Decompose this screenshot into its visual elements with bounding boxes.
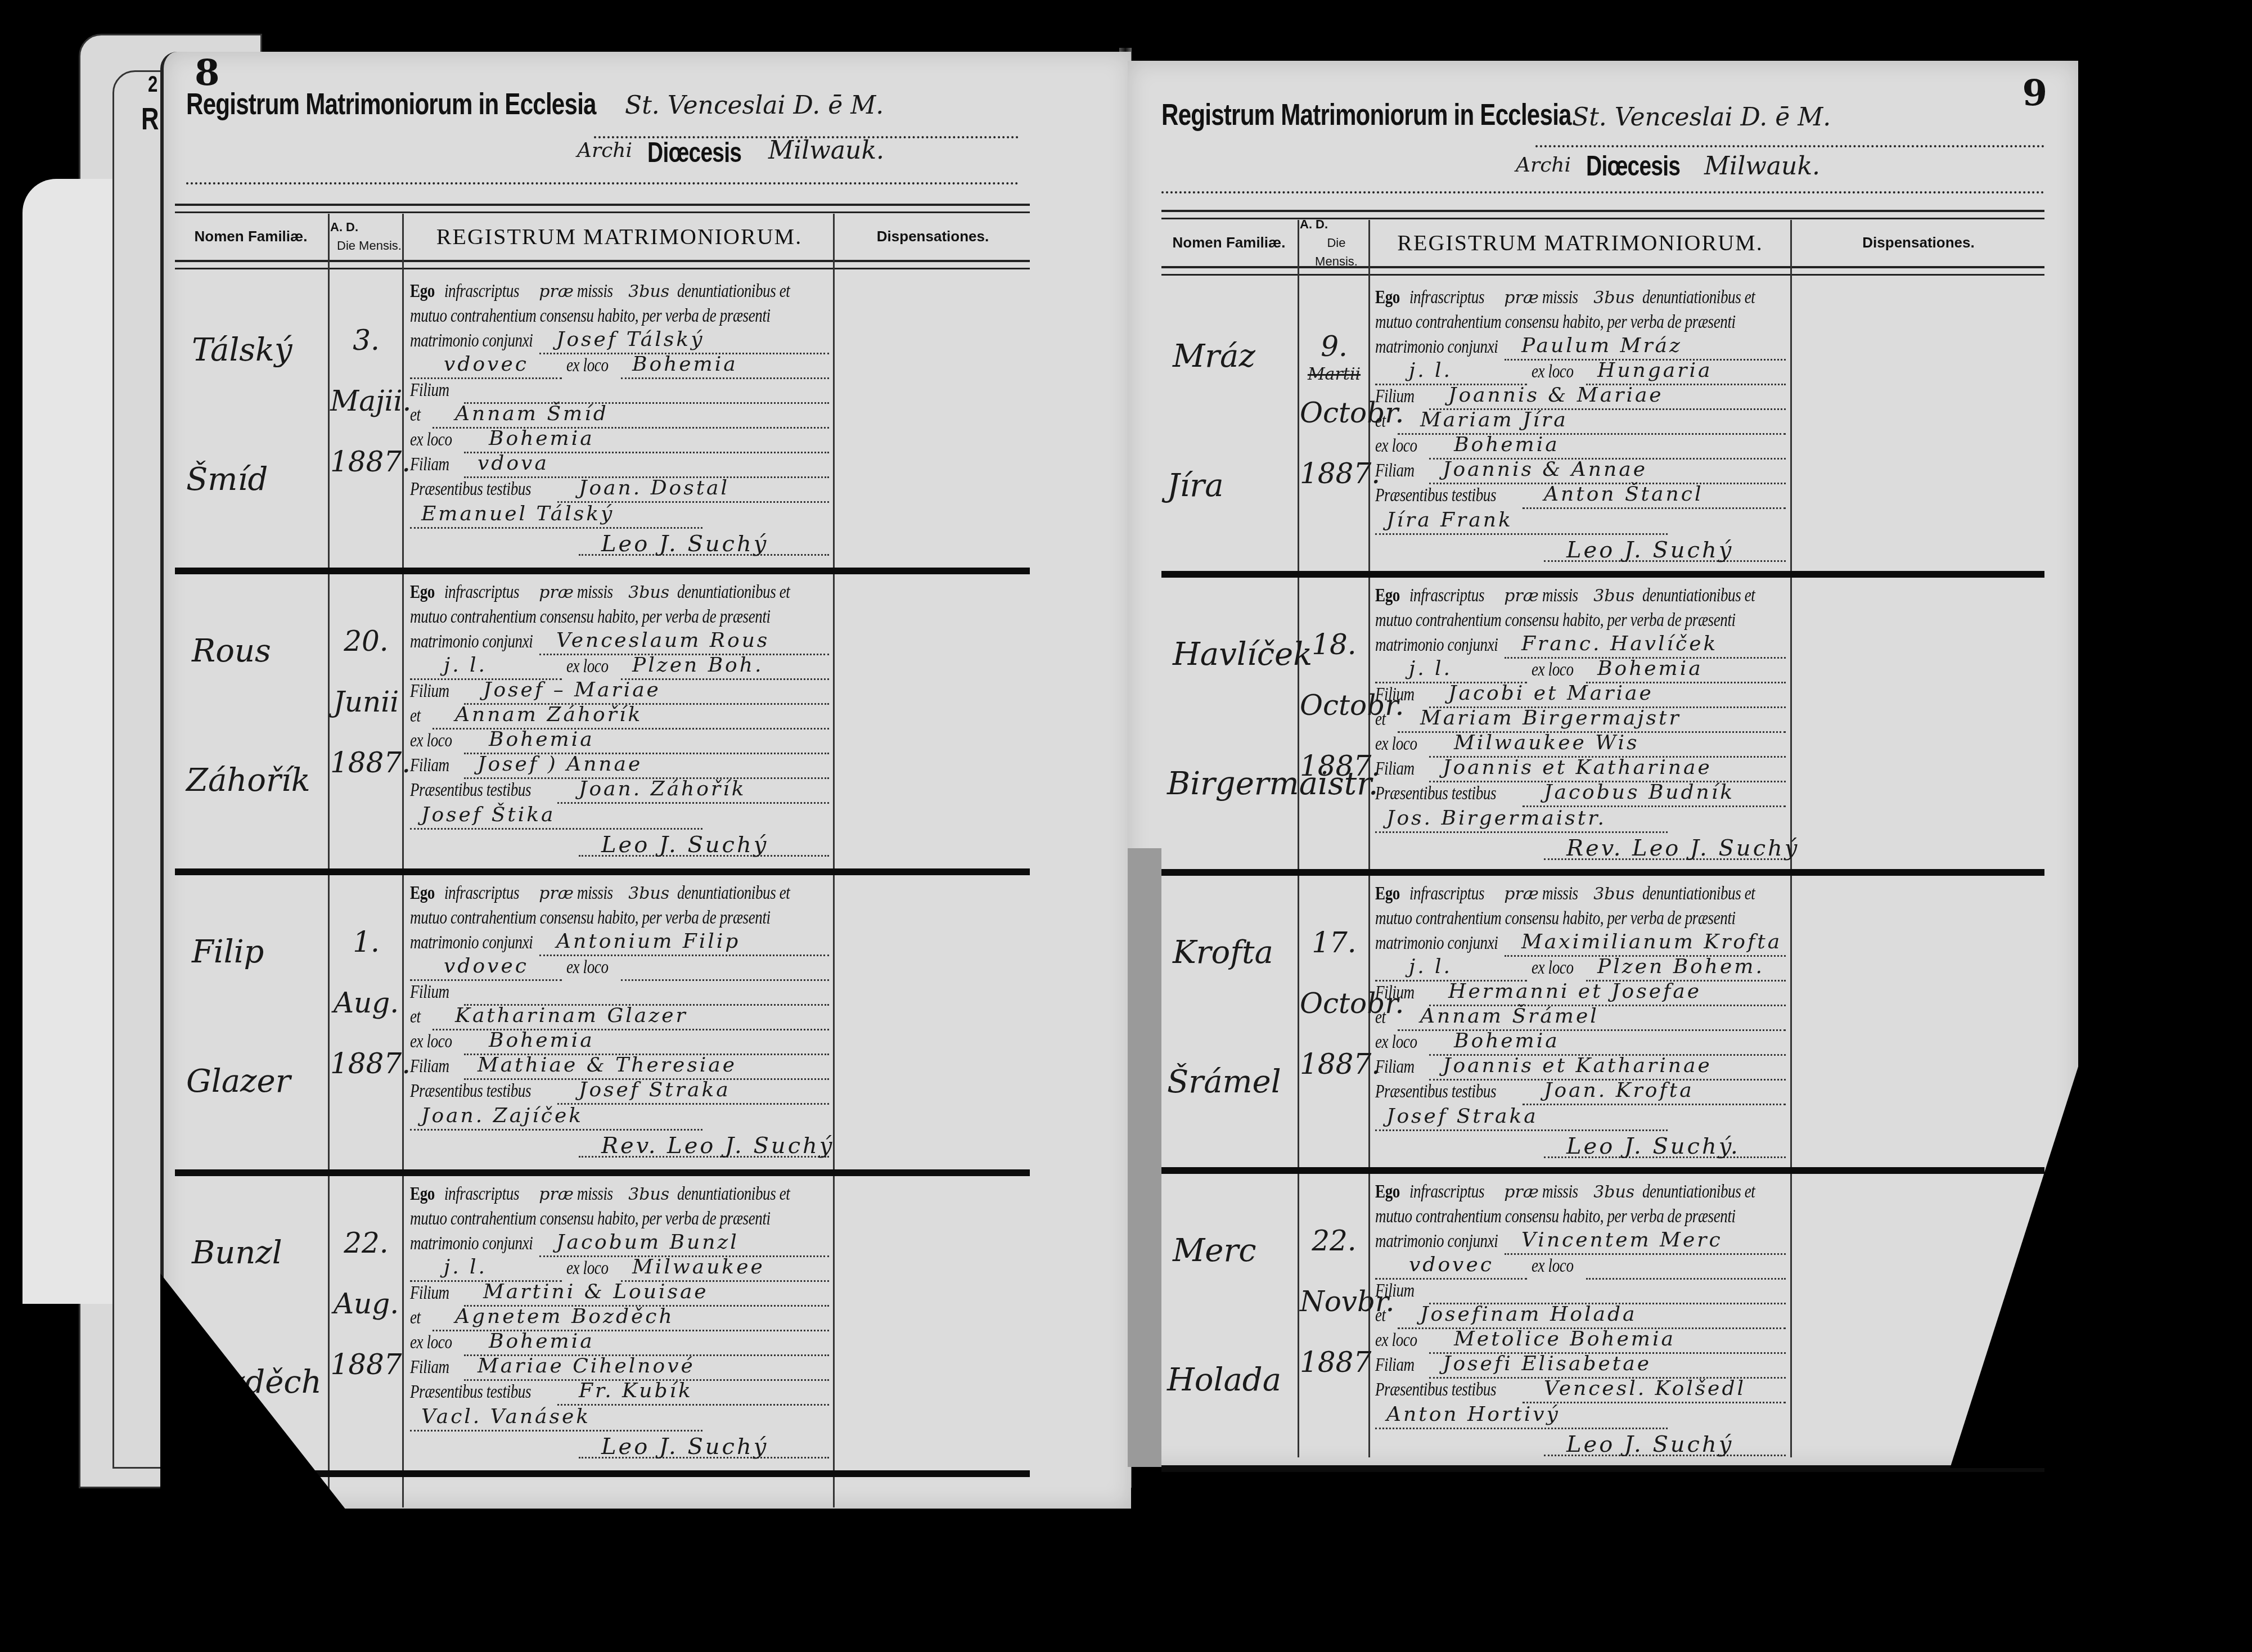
form-handwritten-prae: præ — [539, 282, 574, 301]
column-header-family: Nomen Familiæ. — [1161, 220, 1296, 265]
form-et-label: et — [410, 1007, 421, 1028]
form-ego: Ego — [410, 281, 435, 302]
date-day: 9. — [1300, 332, 1368, 361]
church-name-handwritten: St. Venceslai D. ē M. — [1572, 103, 1831, 132]
marriage-entry: Tálský Šmíd 3. Majii. 1887. Ego infrascr… — [175, 270, 1030, 571]
form-ex-loco-label: ex loco — [566, 1258, 609, 1279]
witness-1: Josef Straka — [579, 1078, 731, 1101]
column-header-die-mensis: Die Mensis. — [1305, 233, 1367, 271]
form-ego: Ego — [1375, 287, 1400, 308]
form-printed-text: denuntiationibus et — [1642, 586, 1755, 606]
marriage-date: 1. Aug. 1887. — [330, 928, 402, 1110]
table-top-rule — [1161, 210, 2044, 219]
witness1-line — [557, 1103, 829, 1105]
witness-2: Anton Hortivý — [1386, 1403, 1560, 1426]
form-printed-text: missis — [577, 883, 613, 904]
groom-name: Franc. Havlíček — [1521, 632, 1718, 655]
family-name-groom: Rous — [192, 633, 271, 669]
banns-count: 3bus — [1593, 1182, 1634, 1202]
table-header: Nomen Familiæ. A. D. Die Mensis. REGISTR… — [175, 214, 1030, 259]
form-printed-text: missis — [577, 281, 613, 302]
groom-line — [1505, 1253, 1786, 1255]
officiant-signature: Rev. Leo J. Suchý — [601, 1133, 834, 1159]
groom-status-line — [410, 377, 562, 379]
groom-parents: Hermanni et Josefae — [1448, 980, 1701, 1003]
date-day: 22. — [330, 1229, 402, 1257]
banns-count: 3bus — [628, 884, 669, 903]
groom-status: vdovec — [444, 955, 529, 978]
form-printed-text: matrimonio conjunxi — [410, 632, 533, 652]
date-year: 1887. — [1300, 460, 1368, 488]
diocese-name-handwritten: Milwauk. — [768, 136, 884, 165]
form-handwritten-prae: præ — [539, 583, 574, 602]
family-name-groom: Filip — [192, 934, 264, 970]
marriage-form: Ego infrascriptuspræmissis 3bus denuntia… — [410, 281, 829, 560]
form-filium-label: Filium — [1375, 685, 1415, 705]
form-ex-loco-label: ex loco — [410, 1032, 452, 1052]
register-table: Nomen Familiæ. A. D. Die Mensis. REGISTR… — [1161, 210, 2044, 1470]
groom-status-line — [410, 979, 562, 981]
form-filiam-label: Filiam — [1375, 461, 1415, 481]
witness-2: Joan. Zajíček — [421, 1104, 583, 1127]
loose-sheet — [22, 179, 112, 1304]
form-printed-text: matrimonio conjunxi — [1375, 1231, 1498, 1252]
form-filiam-label: Filiam — [410, 454, 449, 475]
date-year: 1887. — [1300, 752, 1368, 780]
form-witness-label: Præsentibus testibus — [1375, 784, 1496, 804]
groom-parents: Jacobi et Mariae — [1448, 682, 1654, 705]
marriage-form: Ego infrascriptuspræmissis 3bus denuntia… — [1375, 287, 1786, 563]
form-ego: Ego — [1375, 586, 1400, 606]
witness-2: Emanuel Tálský — [421, 502, 614, 525]
form-printed-text: missis — [1542, 287, 1578, 308]
witness-1: Joan. Krofta — [1544, 1079, 1694, 1102]
groom-status-line — [1375, 1278, 1527, 1280]
diocese-prefix-handwritten: Archi — [1516, 154, 1571, 177]
bride-origin: Bohemia — [489, 1330, 594, 1353]
marriage-date: 9. Martii Octobr. 1887. — [1300, 332, 1368, 520]
form-printed-text: denuntiationibus et — [1642, 884, 1755, 904]
form-printed-text: infrascriptus — [444, 883, 519, 904]
family-name-groom: Bunzl — [192, 1235, 282, 1271]
date-day: 20. — [330, 627, 402, 655]
form-witness-label: Præsentibus testibus — [1375, 485, 1496, 506]
form-printed-text: matrimonio conjunxi — [410, 1234, 533, 1254]
column-header-date: A. D. Die Mensis. — [1300, 220, 1367, 265]
groom-origin-line — [1586, 1278, 1786, 1280]
officiant-signature: Rev. Leo J. Suchý — [1566, 835, 1799, 861]
form-handwritten-prae: præ — [539, 884, 574, 903]
date-day: 1. — [330, 928, 402, 956]
form-et-label: et — [1375, 411, 1386, 432]
form-ego: Ego — [1375, 884, 1400, 904]
bride-name: Annam Šrámel — [1420, 1005, 1599, 1028]
form-ex-loco-label: ex loco — [1532, 660, 1574, 681]
date-day: 18. — [1300, 631, 1368, 659]
witness-1: Anton Štancl — [1544, 483, 1703, 506]
marriage-entry: Havlíček Birgermaistr. 18. Octobr. 1887.… — [1161, 574, 2044, 872]
form-filiam-label: Filiam — [1375, 1355, 1415, 1376]
form-witness-label: Præsentibus testibus — [410, 1081, 531, 1102]
witness1-line — [1523, 1104, 1786, 1105]
bride-name: Agnetem Bozděch — [455, 1305, 674, 1328]
form-handwritten-prae: præ — [539, 1185, 574, 1204]
form-ex-loco-label: ex loco — [1375, 436, 1417, 457]
form-witness-label: Præsentibus testibus — [410, 1382, 531, 1403]
marriage-date: 17. Octobr. 1887. — [1300, 929, 1368, 1111]
form-printed-text: infrascriptus — [444, 582, 519, 603]
groom-parents: Joannis & Mariae — [1448, 384, 1664, 407]
witness-1: Vencesl. Kolšedl — [1544, 1377, 1746, 1400]
diocese-line — [186, 182, 1019, 184]
right-page: 9 Registrum Matrimoniorum in Ecclesia St… — [1128, 61, 2078, 1467]
witness-2: Josef Straka — [1386, 1105, 1538, 1128]
form-printed-text: matrimonio conjunxi — [1375, 635, 1498, 656]
marriage-date: 18. Octobr. 1887. — [1300, 631, 1368, 813]
form-filium-label: Filium — [1375, 983, 1415, 1003]
witness2-line — [1375, 1129, 1668, 1131]
diocese-label: Diœcesis — [1586, 150, 1680, 182]
form-filium-label: Filium — [1375, 1281, 1415, 1302]
form-et-label: et — [1375, 709, 1386, 730]
form-printed-text: mutuo contrahentium consensu habito, per… — [1375, 312, 1736, 333]
form-ex-loco-label: ex loco — [566, 957, 609, 978]
form-printed-text: missis — [577, 1184, 613, 1205]
banns-count: 3bus — [628, 282, 669, 301]
page-heading: Registrum Matrimoniorum in Ecclesia — [186, 87, 596, 121]
bride-name: Mariam Birgermajstr — [1420, 706, 1681, 730]
column-header-register: REGISTRUM MATRIMONIORUM. — [406, 214, 833, 259]
witness1-line — [557, 1404, 829, 1406]
groom-status: vdovec — [1409, 1253, 1494, 1276]
bride-parents: Josefi Elisabetae — [1443, 1352, 1651, 1375]
form-printed-text: matrimonio conjunxi — [410, 933, 533, 953]
form-ego: Ego — [1375, 1182, 1400, 1203]
family-name-groom: Havlíček — [1173, 636, 1312, 673]
witness1-line — [1523, 507, 1786, 509]
form-printed-text: mutuo contrahentium consensu habito, per… — [1375, 610, 1736, 631]
officiant-signature: Leo J. Suchý — [1566, 1432, 1733, 1457]
form-printed-text: mutuo contrahentium consensu habito, per… — [410, 1209, 771, 1230]
bride-name: Mariam Jíra — [1420, 408, 1568, 431]
form-witness-label: Præsentibus testibus — [1375, 1380, 1496, 1401]
banns-count: 3bus — [1593, 288, 1634, 308]
date-month-struck: Martii — [1300, 366, 1368, 383]
date-year: 1887. — [330, 1050, 402, 1078]
marriage-entry: Filip Glazer 1. Aug. 1887. Ego infrascri… — [175, 872, 1030, 1173]
date-day: 17. — [1300, 929, 1368, 957]
left-page: 8 Registrum Matrimoniorum in Ecclesia St… — [160, 52, 1131, 1509]
form-printed-text: mutuo contrahentium consensu habito, per… — [1375, 908, 1736, 929]
marriage-date: 22. Novbr. 1887 — [1300, 1227, 1368, 1409]
groom-name: Venceslaum Rous — [556, 629, 769, 652]
groom-origin-line — [621, 377, 829, 379]
form-filiam-label: Filiam — [410, 1357, 449, 1378]
groom-line — [539, 955, 829, 956]
page-number: 9 — [2022, 72, 2047, 114]
date-month: Novbr. — [1300, 1288, 1368, 1316]
date-month: Octobr. — [1300, 399, 1368, 427]
date-month: Majii. — [330, 387, 402, 415]
form-handwritten-prae: præ — [1504, 288, 1539, 308]
groom-origin: Plzen Bohem. — [1597, 955, 1764, 978]
groom-status: vdovec — [444, 353, 529, 376]
date-month: Aug. — [330, 989, 402, 1017]
witness2-line — [1375, 533, 1668, 535]
date-year: 1887. — [1300, 1050, 1368, 1078]
column-header-date: A. D. Die Mensis. — [330, 214, 403, 259]
form-et-label: et — [1375, 1306, 1386, 1326]
form-printed-text: infrascriptus — [1409, 586, 1484, 606]
date-year: 1887 — [1300, 1348, 1368, 1376]
bride-origin: Milwaukee Wis — [1454, 731, 1640, 754]
bride-origin: Bohemia — [1454, 433, 1560, 456]
form-filiam-label: Filiam — [410, 1056, 449, 1077]
form-ex-loco-label: ex loco — [566, 355, 609, 376]
officiant-signature: Leo J. Suchý — [601, 1434, 768, 1460]
witness1-line — [557, 802, 829, 804]
column-header-family: Nomen Familiæ. — [175, 214, 327, 259]
form-filium-label: Filium — [1375, 386, 1415, 407]
banns-count: 3bus — [1593, 586, 1634, 606]
form-printed-text: infrascriptus — [1409, 884, 1484, 904]
form-filiam-label: Filiam — [1375, 759, 1415, 780]
witness1-line — [1523, 1402, 1786, 1403]
officiant-signature: Leo J. Suchý. — [1566, 1133, 1740, 1159]
family-name-groom: Mráz — [1173, 338, 1255, 375]
family-name-bride: Záhořík — [186, 762, 310, 799]
witness2-line — [410, 828, 702, 830]
date-day: 22. — [1300, 1227, 1368, 1255]
column-header-dispensations: Dispensationes. — [1792, 220, 2044, 265]
groom-name: Paulum Mráz — [1521, 334, 1682, 357]
groom-status: j. l. — [1409, 359, 1452, 382]
marriage-form: Ego infrascriptuspræmissis 3bus denuntia… — [410, 1184, 829, 1462]
diocese-prefix-handwritten: Archi — [577, 139, 632, 162]
groom-parents: Martini & Louisae — [483, 1280, 709, 1303]
behind-page-fragment-number: 2 — [148, 72, 157, 97]
groom-status: j. l. — [1409, 955, 1452, 978]
form-et-label: et — [410, 405, 421, 426]
banns-count: 3bus — [628, 1185, 669, 1204]
witness-2: Jos. Birgermaistr. — [1386, 807, 1606, 830]
form-filium-label: Filium — [410, 681, 449, 702]
groom-origin: Bohemia — [1597, 657, 1703, 680]
bride-name: Annam Šmíd — [455, 402, 609, 425]
witness2-line — [410, 1430, 702, 1432]
groom-origin: Bohemia — [632, 353, 738, 376]
officiant-signature: Leo J. Suchý — [601, 531, 768, 557]
family-name-groom: Tálský — [192, 332, 292, 368]
marriage-form: Ego infrascriptuspræmissis 3bus denuntia… — [410, 883, 829, 1162]
diocese-name-handwritten: Milwauk. — [1704, 152, 1820, 181]
form-printed-text: infrascriptus — [1409, 287, 1484, 308]
form-handwritten-prae: præ — [1504, 586, 1539, 606]
form-filiam-label: Filiam — [1375, 1057, 1415, 1078]
marriage-entry: Mráz Jíra 9. Martii Octobr. 1887. Ego in… — [1161, 276, 2044, 574]
bride-parents: Mathiae & Theresiae — [478, 1054, 737, 1077]
marriage-date: 20. Junii 1887. — [330, 627, 402, 809]
form-ex-loco-label: ex loco — [410, 1333, 452, 1353]
bride-name: Josefinam Holada — [1420, 1303, 1637, 1326]
banns-count: 3bus — [628, 583, 669, 602]
groom-origin: Plzen Boh. — [632, 654, 763, 677]
witness-1: Jacobus Budník — [1544, 781, 1735, 804]
bride-parents: Joannis et Katharinae — [1443, 756, 1712, 779]
groom-origin: Milwaukee — [632, 1255, 765, 1279]
form-printed-text: matrimonio conjunxi — [410, 331, 533, 352]
form-printed-text: denuntiationibus et — [677, 1184, 790, 1205]
groom-name: Vincentem Merc — [1521, 1228, 1723, 1252]
form-printed-text: mutuo contrahentium consensu habito, per… — [1375, 1207, 1736, 1227]
marriage-entry: Rous Záhořík 20. Junii 1887. Ego infrasc… — [175, 571, 1030, 872]
form-witness-label: Præsentibus testibus — [410, 479, 531, 500]
bride-name: Katharinam Glazer — [455, 1004, 688, 1027]
witness-2: Jíra Frank — [1386, 508, 1513, 532]
date-month: Octobr. — [1300, 989, 1368, 1018]
form-printed-text: missis — [1542, 586, 1578, 606]
church-name-handwritten: St. Venceslai D. ē M. — [625, 91, 884, 120]
date-month: Octobr. — [1300, 691, 1368, 719]
witness-1: Fr. Kubík — [579, 1379, 693, 1402]
groom-parents: Josef – Mariae — [483, 678, 661, 701]
bride-parents: Josef ) Annae — [478, 753, 642, 776]
form-ego: Ego — [410, 582, 435, 603]
page-heading: Registrum Matrimoniorum in Ecclesia — [1161, 97, 1571, 132]
family-name-bride: Šrámel — [1167, 1064, 1281, 1100]
form-printed-text: denuntiationibus et — [677, 883, 790, 904]
scan-artifact-patch — [1128, 848, 1161, 1467]
form-ex-loco-label: ex loco — [1375, 1330, 1417, 1351]
family-name-bride: Glazer — [186, 1063, 290, 1100]
table-header: Nomen Familiæ. A. D. Die Mensis. REGISTR… — [1161, 220, 2044, 265]
groom-name: Jacobum Bunzl — [556, 1231, 739, 1254]
bride-parents: Joannis et Katharinae — [1443, 1054, 1712, 1077]
form-printed-text: infrascriptus — [1409, 1182, 1484, 1203]
witness2-line — [410, 527, 702, 529]
bride-parents: Mariae Cihelnové — [478, 1354, 695, 1378]
torn-corner — [160, 1273, 346, 1510]
column-header-register: REGISTRUM MATRIMONIORUM. — [1371, 220, 1790, 265]
groom-status: j. l. — [1409, 657, 1452, 680]
form-printed-text: missis — [1542, 1182, 1578, 1203]
family-name-groom: Merc — [1173, 1232, 1256, 1269]
column-header-ad: A. D. — [330, 218, 358, 236]
form-et-label: et — [410, 706, 421, 727]
bride-origin: Bohemia — [489, 427, 594, 450]
family-name-bride: Jíra — [1167, 467, 1224, 504]
marriage-form: Ego infrascriptuspræmissis 3bus denuntia… — [410, 582, 829, 861]
marriage-entry: Krofta Šrámel 17. Octobr. 1887. Ego infr… — [1161, 872, 2044, 1171]
form-ex-loco-label: ex loco — [1532, 362, 1574, 382]
form-et-label: et — [1375, 1007, 1386, 1028]
column-header-die-mensis: Die Mensis. — [337, 236, 402, 255]
form-printed-text: infrascriptus — [444, 281, 519, 302]
bride-origin: Bohemia — [1454, 1029, 1560, 1052]
form-handwritten-prae: præ — [1504, 884, 1539, 904]
form-printed-text: infrascriptus — [444, 1184, 519, 1205]
torn-corner — [1950, 1063, 2079, 1468]
form-printed-text: missis — [1542, 884, 1578, 904]
behind-page-fragment-letter: R — [141, 100, 159, 137]
bride-name: Annam Záhořík — [455, 703, 642, 726]
witness-1: Joan. Záhořík — [579, 777, 746, 800]
marriage-entry: Merc Holada 22. Novbr. 1887 Ego infrascr… — [1161, 1171, 2044, 1469]
groom-status: j. l. — [444, 654, 487, 677]
marriage-form: Ego infrascriptuspræmissis 3bus denuntia… — [1375, 1182, 1786, 1457]
form-ex-loco-label: ex loco — [410, 430, 452, 451]
form-printed-text: matrimonio conjunxi — [1375, 933, 1498, 954]
form-filium-label: Filium — [410, 380, 449, 401]
diocese-line — [1161, 191, 2044, 193]
form-filium-label: Filium — [410, 1283, 449, 1304]
groom-name: Antonium Filip — [556, 930, 740, 953]
family-name-groom: Krofta — [1173, 934, 1273, 971]
form-printed-text: mutuo contrahentium consensu habito, per… — [410, 908, 771, 929]
witness-2: Vacl. Vanásek — [421, 1405, 591, 1428]
family-name-bride: Šmíd — [186, 461, 268, 498]
form-ex-loco-label: ex loco — [1532, 1256, 1574, 1277]
entry-separator-rule — [1161, 1465, 2044, 1472]
family-name-bride: Holada — [1167, 1362, 1281, 1398]
officiant-signature: Leo J. Suchý — [1566, 537, 1733, 563]
groom-name: Josef Tálský — [556, 328, 704, 351]
date-year: 1887. — [330, 749, 402, 777]
date-year: 1887. — [330, 448, 402, 476]
form-witness-label: Præsentibus testibus — [410, 780, 531, 801]
form-ex-loco-label: ex loco — [410, 731, 452, 751]
groom-name: Maximilianum Krofta — [1521, 930, 1782, 953]
groom-origin-line — [621, 979, 829, 981]
bride-origin: Bohemia — [489, 1029, 594, 1052]
form-printed-text: denuntiationibus et — [677, 281, 790, 302]
marriage-form: Ego infrascriptuspræmissis 3bus denuntia… — [1375, 586, 1786, 861]
table-top-rule — [175, 204, 1030, 213]
bride-parents: vdova — [478, 452, 549, 475]
form-printed-text: missis — [577, 582, 613, 603]
diocese-label: Diœcesis — [647, 136, 741, 169]
witness2-line — [1375, 1428, 1668, 1429]
form-printed-text: matrimonio conjunxi — [1375, 337, 1498, 358]
bride-parents: Joannis & Annae — [1443, 458, 1647, 481]
groom-origin: Hungaria — [1597, 359, 1712, 382]
column-header-dispensations: Dispensationes. — [836, 214, 1030, 259]
form-ego: Ego — [410, 883, 435, 904]
officiant-signature: Leo J. Suchý — [601, 832, 768, 858]
banns-count: 3bus — [1593, 884, 1634, 904]
form-printed-text: mutuo contrahentium consensu habito, per… — [410, 306, 771, 327]
header-bottom-rule — [1161, 266, 2044, 276]
date-day: 3. — [330, 326, 402, 354]
form-ex-loco-label: ex loco — [566, 656, 609, 677]
header-bottom-rule — [175, 260, 1030, 269]
form-ex-loco-label: ex loco — [1375, 734, 1417, 755]
form-printed-text: denuntiationibus et — [677, 582, 790, 603]
form-printed-text: denuntiationibus et — [1642, 287, 1755, 308]
form-filiam-label: Filiam — [410, 755, 449, 776]
date-month: Junii — [330, 688, 402, 716]
form-ego: Ego — [410, 1184, 435, 1205]
witness-1: Joan. Dostal — [579, 476, 729, 499]
form-handwritten-prae: præ — [1504, 1182, 1539, 1202]
form-ex-loco-label: ex loco — [1532, 958, 1574, 979]
form-witness-label: Præsentibus testibus — [1375, 1082, 1496, 1102]
form-filium-label: Filium — [410, 982, 449, 1003]
witness2-line — [410, 1129, 702, 1131]
form-et-label: et — [410, 1308, 421, 1329]
groom-status: j. l. — [444, 1255, 487, 1279]
church-name-line — [1535, 145, 2044, 147]
